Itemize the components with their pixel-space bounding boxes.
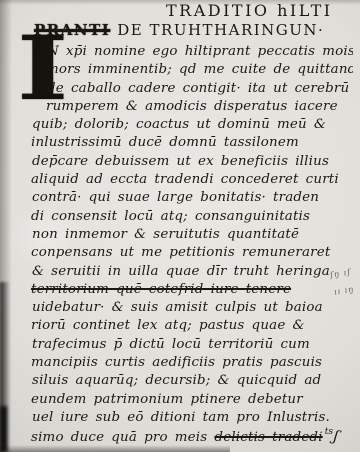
title-line-2: PRANTIDE TRUHTHARINGUN· [34,21,324,39]
manuscript-line: contrā· qui suae large bonitatis· traden [32,189,353,207]
line-end-flourish: ʃ [332,427,341,445]
struck-manuscript-line: territorium quē cotefrid iure tenere [31,281,353,299]
manuscript-line: riorū continet lex atq; pastus quae & [31,317,353,335]
manuscript-line: mors imminentib; qd me cuite de quittand… [46,61,353,79]
manuscript-line: rumperem & amodicis disperatus iacere [46,98,353,116]
manuscript-line: quib; dolorib; coactus ut dominū meū & [32,116,353,134]
manuscript-line: siluis aquarūq; decursib; & quicquid ad [32,372,353,390]
manuscript-line: non inmemor & seruitutis quantitatē [32,226,353,244]
photo-corner-mark [0,406,7,452]
last-line-pre: simo duce quā pro meis [31,430,214,445]
manuscript-text-block: N xp̄i nomine ego hiltiprant peccatis mo… [31,43,353,446]
last-line-struck: delictis tradedi [214,430,322,445]
manuscript-line: trafecimus p̄ dictū locū territoriū cum [32,336,353,354]
manuscript-line: inlustrissimū ducē domnū tassilonem [31,134,353,152]
manuscript-line: di consensit locū atq; consanguinitatis [31,208,353,226]
manuscript-photo: TRADITIO hILTI PRANTIDE TRUHTHARINGUN· I… [0,0,360,452]
manuscript-line: aliquid ad eccta tradendi concederet cur… [31,171,353,189]
photo-edge-bottom-shadow [0,445,230,452]
interlinear-insertion: t̃s [325,427,333,437]
title-line-2-rest: DE TRUHTHARINGUN· [117,21,324,39]
manuscript-line: dep̄care debuissem ut ex beneficiis illi… [32,153,353,171]
manuscript-line: uel iure sub eō ditioni tam pro Inlustri… [32,409,353,427]
manuscript-line: & seruitii in uilla quae dīr truht herin… [32,263,353,281]
manuscript-last-line: simo duce quā pro meis delictis tradedit… [31,427,353,445]
manuscript-line: conpensans ut me petitionis remuneraret [31,244,353,262]
manuscript-line: uidebatur· & suis amisit culpis ut baioa [32,299,353,317]
manuscript-line: de caballo cadere contigit· ita ut cereb… [47,80,353,98]
title-line-1: TRADITIO hILTI [166,1,333,20]
manuscript-line: N xp̄i nomine ego hiltiprant peccatis mo… [47,43,353,61]
manuscript-line: eundem patrimonium ptinere debetur [31,391,353,409]
manuscript-line: mancipiis curtis aedificiis pratis pascu… [31,354,353,372]
